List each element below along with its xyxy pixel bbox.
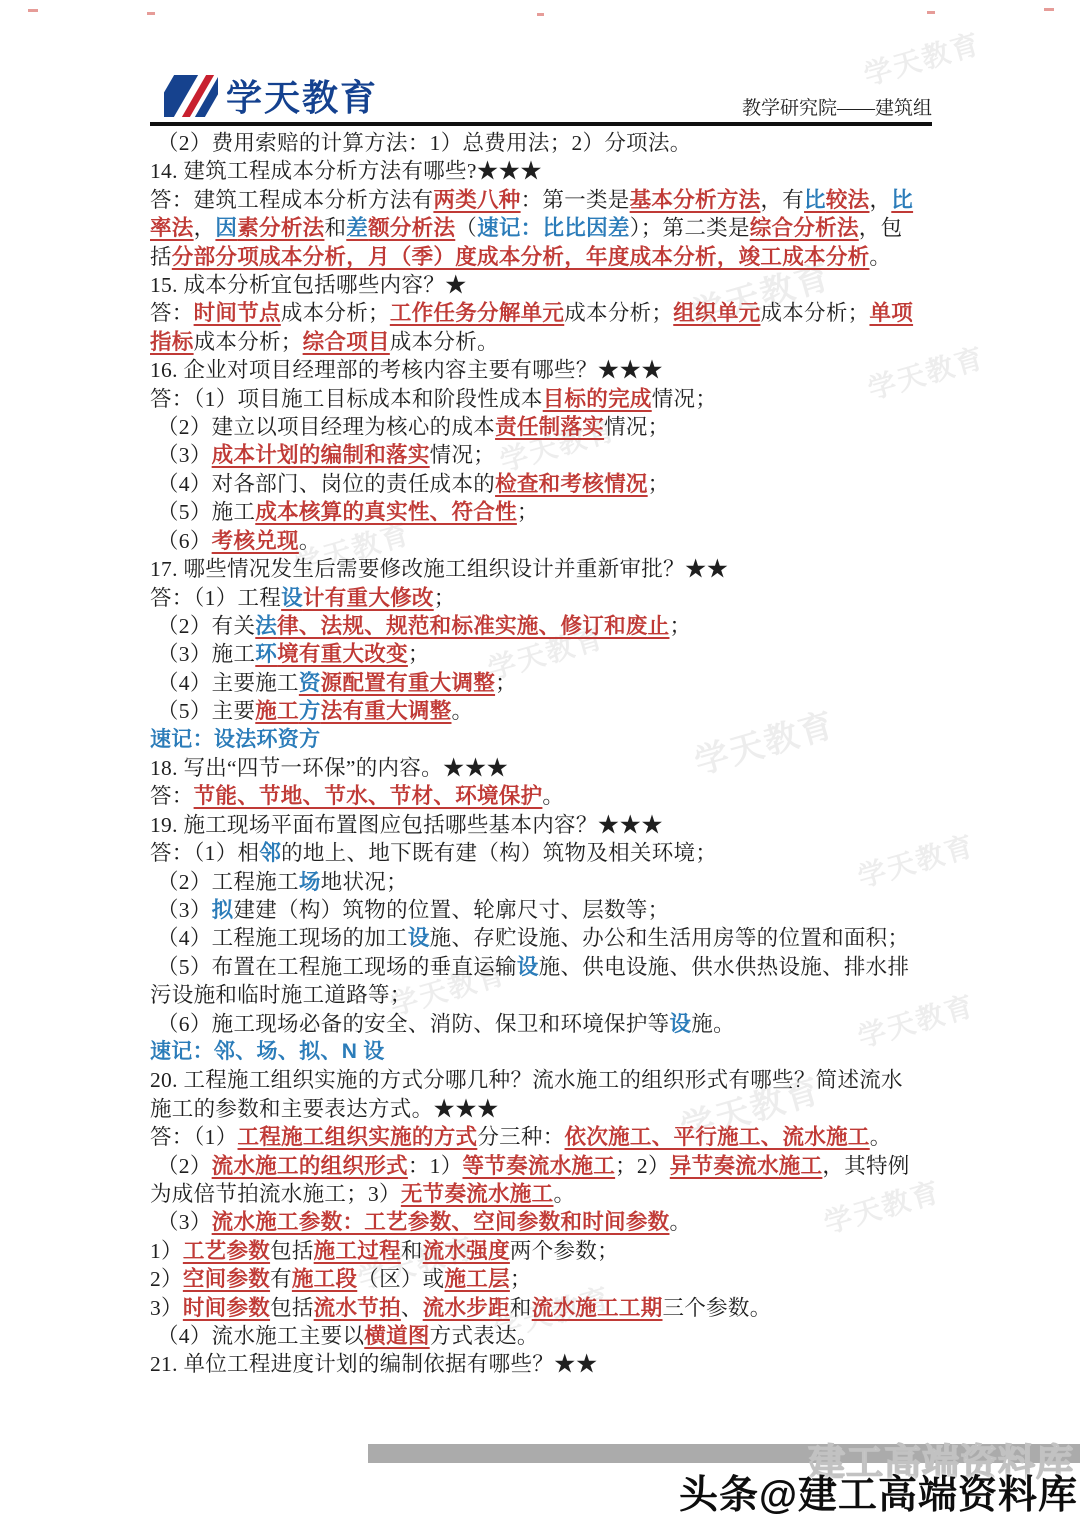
text-run: 18. 写出“四节一环保”的内容。★★★ [150, 756, 508, 780]
text-line: （4）对各部门、岗位的责任成本的检查和考核情况； [150, 470, 950, 498]
text-run: 。 [542, 784, 564, 808]
xuetian-logo-icon [164, 75, 218, 117]
text-line: （2）费用索赔的计算方法：1）总费用法；2）分项法。 [150, 129, 950, 157]
department-label: 教学研究院——建筑组 [742, 93, 932, 120]
text-line: （3）成本计划的编制和落实情况； [150, 441, 950, 469]
highlight-red: 责任制落实 [495, 415, 604, 439]
highlight-red: 检查和考核情况 [495, 472, 648, 496]
highlight-red: 考核兑现 [212, 529, 299, 553]
crop-mark [147, 12, 155, 15]
highlight-red: 较法 [826, 188, 870, 212]
text-line: （2）有关法律、法规、规范和标准实施、修订和废止； [150, 612, 950, 640]
text-line: （3）拟建建（构）筑物的位置、轮廓尺寸、层数等； [150, 896, 950, 924]
text-line: 污设施和临时施工道路等； [150, 981, 950, 1009]
text-run: ，有 [760, 188, 804, 212]
text-run: 答：建筑工程成本分析方法有 [150, 188, 433, 212]
text-run: 和 [510, 1296, 532, 1320]
text-run: （4）主要施工 [157, 671, 299, 695]
highlight-red: 工作任务分解单元 [390, 301, 564, 325]
text-run: 成本分析； [281, 301, 390, 325]
mnemonic-char: 资 [299, 671, 321, 695]
text-run: 14. 建筑工程成本分析方法有哪些?★★★ [150, 159, 542, 183]
text-line: 括分部分项成本分析，月（季）度成本分析，年度成本分析，竣工成本分析。 [150, 243, 950, 271]
text-run: 2） [150, 1267, 183, 1291]
text-run: ）；第二类是 [630, 216, 750, 240]
text-line: 率法，因素分析法和差额分析法（速记：比比因差）；第二类是综合分析法，包 [150, 214, 950, 242]
text-run: 成本分析； [760, 301, 869, 325]
text-run: （5）施工 [157, 500, 255, 524]
highlight-red: 指标 [150, 330, 194, 354]
text-run: 施工的参数和主要表达方式。★★★ [150, 1097, 499, 1121]
text-run: 包括 [270, 1239, 314, 1263]
text-run: 和 [401, 1239, 423, 1263]
text-run: ， [869, 188, 891, 212]
crop-mark [927, 11, 935, 14]
text-line: （4）流水施工主要以横道图方式表达。 [150, 1322, 950, 1350]
mnemonic-char: 方 [299, 699, 321, 723]
xuetian-logo: 学天教育 [164, 70, 378, 121]
text-run: ； [669, 614, 691, 638]
text-line: 1）工艺参数包括施工过程和流水强度两个参数； [150, 1237, 950, 1265]
text-run: 答： [150, 301, 194, 325]
highlight-red: 律、法规、规范和标准实施、修订和废止 [277, 614, 669, 638]
text-run: 的地上、地下既有建（构）筑物及相关环境； [281, 841, 717, 865]
text-run: （6） [157, 529, 212, 553]
text-run: （5）主要 [157, 699, 255, 723]
text-line: 18. 写出“四节一环保”的内容。★★★ [150, 754, 950, 782]
highlight-red: 综合分析法 [750, 216, 859, 240]
mnemonic-char: 拟 [212, 898, 234, 922]
highlight-red: 依次施工、平行施工、流水施工 [565, 1125, 870, 1149]
highlight-red: 流水步距 [423, 1296, 510, 1320]
text-run: 答：（1）工程 [150, 586, 281, 610]
highlight-red: 施工层 [444, 1267, 509, 1291]
text-run: 答：（1） [150, 1125, 238, 1149]
text-run: ：第一类是 [521, 188, 630, 212]
text-line: （3）施工环境有重大改变； [150, 640, 950, 668]
page-header: 学天教育 教学研究院——建筑组 [150, 60, 932, 126]
highlight-red: 目标的完成 [543, 387, 652, 411]
highlight-red: 分部分项成本分析，月（季）度成本分析，年度成本分析，竣工成本分析 [172, 245, 870, 269]
mnemonic-char: 设 [281, 586, 303, 610]
highlight-red: 成本计划的编制和落实 [212, 443, 430, 467]
text-run: 有 [270, 1267, 292, 1291]
highlight-red: 流水施工工期 [532, 1296, 663, 1320]
highlight-red: 境有重大改变 [277, 642, 408, 666]
text-run: 21. 单位工程进度计划的编制依据有哪些？★★ [150, 1352, 598, 1376]
text-run: 施、存贮设施、办公和生活用房等的位置和面积； [430, 926, 910, 950]
text-line: （6）考核兑现。 [150, 527, 950, 555]
text-line: 20. 工程施工组织实施的方式分哪几种？流水施工的组织形式有哪些？简述流水 [150, 1066, 950, 1094]
text-line: （6）施工现场必备的安全、消防、保卫和环境保护等设施。 [150, 1010, 950, 1038]
crop-mark [1044, 8, 1054, 11]
highlight-red: 计有重大修改 [303, 586, 434, 610]
logo-text: 学天教育 [226, 70, 378, 121]
text-run: 三个参数。 [663, 1296, 772, 1320]
text-run: ； [434, 586, 456, 610]
header-divider [150, 122, 932, 126]
footer-credit: 头条@建工高端资料库 [679, 1464, 1078, 1520]
text-run: 20. 工程施工组织实施的方式分哪几种？流水施工的组织形式有哪些？简述流水 [150, 1068, 903, 1092]
mnemonic-line: 速记：邻、场、拟、N 设 [150, 1038, 950, 1066]
text-line: 施工的参数和主要表达方式。★★★ [150, 1095, 950, 1123]
text-run: ；2） [615, 1154, 670, 1178]
highlight-red: 节能、节地、节水、节材、环境保护 [194, 784, 543, 808]
highlight-red: 单项 [869, 301, 913, 325]
highlight-red: 无节奏流水施工 [401, 1182, 554, 1206]
highlight-red: 时间节点 [194, 301, 281, 325]
text-line: 16. 企业对项目经理部的考核内容主要有哪些？★★★ [150, 356, 950, 384]
text-run: 施。 [691, 1012, 735, 1036]
text-run: （区）或 [357, 1267, 444, 1291]
highlight-red: 流水施工的组织形式 [212, 1154, 408, 1178]
content: （2）费用索赔的计算方法：1）总费用法；2）分项法。14. 建筑工程成本分析方法… [150, 129, 950, 1379]
text-line: （4）工程施工现场的加工设施、存贮设施、办公和生活用房等的位置和面积； [150, 924, 950, 952]
mnemonic-char: 比 [804, 188, 826, 212]
text-run: 答：（1）相 [150, 841, 259, 865]
text-run: 两个参数； [510, 1239, 619, 1263]
highlight-red: 工程施工组织实施的方式 [238, 1125, 478, 1149]
document-page: { "header": { "logo_text": "学天教育", "dept… [0, 0, 1080, 1527]
text-run: （3） [157, 443, 212, 467]
mnemonic-char: 设 [408, 926, 430, 950]
text-run: （6）施工现场必备的安全、消防、保卫和环境保护等 [157, 1012, 669, 1036]
text-run: 地状况； [321, 870, 408, 894]
text-run: ， [194, 216, 216, 240]
text-run: （4）对各部门、岗位的责任成本的 [157, 472, 495, 496]
text-line: 答：（1）工程设计有重大修改； [150, 584, 950, 612]
text-run: 15. 成本分析宜包括哪些内容？★ [150, 273, 467, 297]
text-run: 成本分析； [564, 301, 673, 325]
mnemonic-char: 法 [255, 614, 277, 638]
text-line: 答：时间节点成本分析；工作任务分解单元成本分析；组织单元成本分析；单项 [150, 299, 950, 327]
mnemonic-char: 设 [669, 1012, 691, 1036]
mnemonic-char: 速记：比比因差 [477, 216, 630, 240]
text-run: ； [510, 1267, 532, 1291]
text-line: （2）工程施工场地状况； [150, 868, 950, 896]
text-run: 括 [150, 245, 172, 269]
highlight-red: 流水施工参数：工艺参数、空间参数和时间参数 [212, 1210, 670, 1234]
text-run: 16. 企业对项目经理部的考核内容主要有哪些？★★★ [150, 358, 663, 382]
highlight-red: 成本核算的真实性、符合性 [255, 500, 517, 524]
text-run: 。 [553, 1182, 575, 1206]
text-line: 15. 成本分析宜包括哪些内容？★ [150, 271, 950, 299]
highlight-red: 流水节拍 [314, 1296, 401, 1320]
text-run: ； [495, 671, 517, 695]
text-run: 建建（构）筑物的位置、轮廓尺寸、层数等； [233, 898, 669, 922]
text-run: 情况； [430, 443, 495, 467]
highlight-red: 源配置有重大调整 [321, 671, 495, 695]
text-run: 、 [401, 1296, 423, 1320]
text-run: 。 [870, 1125, 892, 1149]
text-run: （3）施工 [157, 642, 255, 666]
text-run: （2）有关 [157, 614, 255, 638]
text-line: 为成倍节拍流水施工；3）无节奏流水施工。 [150, 1180, 950, 1208]
text-run: （4）流水施工主要以 [157, 1324, 364, 1348]
text-line: （5）布置在工程施工现场的垂直运输设施、供电设施、供水供热设施、排水排 [150, 953, 950, 981]
text-run: （2）费用索赔的计算方法：1）总费用法；2）分项法。 [157, 131, 692, 155]
highlight-red: 素分析法 [237, 216, 324, 240]
text-run: （2） [157, 1154, 212, 1178]
text-line: 3）时间参数包括流水节拍、流水步距和流水施工工期三个参数。 [150, 1294, 950, 1322]
text-run: 分三种： [477, 1125, 564, 1149]
text-run: 成本分析； [194, 330, 303, 354]
highlight-red: 基本分析方法 [630, 188, 761, 212]
text-run: 。 [452, 699, 474, 723]
text-line: （3）流水施工参数：工艺参数、空间参数和时间参数。 [150, 1208, 950, 1236]
text-run: 19. 施工现场平面布置图应包括哪些基本内容？★★★ [150, 813, 663, 837]
highlight-red: 异节奏流水施工 [670, 1154, 823, 1178]
text-run: 答： [150, 784, 194, 808]
mnemonic-line: 速记：设法环资方 [150, 726, 950, 754]
highlight-red: 时间参数 [183, 1296, 270, 1320]
text-line: 答：（1）相邻的地上、地下既有建（构）筑物及相关环境； [150, 839, 950, 867]
highlight-red: 额分析法 [368, 216, 455, 240]
mnemonic-char: 速记：邻、场、拟、N 设 [150, 1040, 385, 1063]
highlight-red: 两类八种 [433, 188, 520, 212]
text-run: 答：（1）项目施工目标成本和阶段性成本 [150, 387, 543, 411]
text-run: （3） [157, 1210, 212, 1234]
text-run: 为成倍节拍流水施工；3） [150, 1182, 401, 1206]
text-line: 2）空间参数有施工段（区）或施工层； [150, 1265, 950, 1293]
text-run: 成本分析。 [390, 330, 499, 354]
highlight-red: 组织单元 [673, 301, 760, 325]
mnemonic-char: 场 [299, 870, 321, 894]
highlight-red: 流水强度 [423, 1239, 510, 1263]
text-run: 污设施和临时施工道路等； [150, 983, 412, 1007]
crop-mark [537, 13, 544, 16]
highlight-red: 横道图 [364, 1324, 429, 1348]
text-run: 。 [669, 1210, 691, 1234]
mnemonic-char: 差 [346, 216, 368, 240]
text-run: 包括 [270, 1296, 314, 1320]
mnemonic-char: 设 [517, 955, 539, 979]
highlight-red: 施工 [255, 699, 299, 723]
highlight-red: 工艺参数 [183, 1239, 270, 1263]
text-run: ，其特例 [822, 1154, 909, 1178]
text-run: 情况； [604, 415, 669, 439]
highlight-red: 施工过程 [314, 1239, 401, 1263]
mnemonic-char: 环 [255, 642, 277, 666]
crop-mark [28, 9, 38, 12]
text-run: （2）工程施工 [157, 870, 299, 894]
text-run: 。 [869, 245, 891, 269]
text-line: （5）施工成本核算的真实性、符合性； [150, 498, 950, 526]
highlight-red: 空间参数 [183, 1267, 270, 1291]
text-run: 17. 哪些情况发生后需要修改施工组织设计并重新审批？★★ [150, 557, 728, 581]
text-run: ； [648, 472, 670, 496]
text-run: ； [517, 500, 539, 524]
text-line: 17. 哪些情况发生后需要修改施工组织设计并重新审批？★★ [150, 555, 950, 583]
text-run: 方式表达。 [430, 1324, 539, 1348]
text-run: （3） [157, 898, 212, 922]
text-line: 答：节能、节地、节水、节材、环境保护。 [150, 782, 950, 810]
mnemonic-char: 比 [891, 188, 913, 212]
text-run: 3） [150, 1296, 183, 1320]
text-run: 1） [150, 1239, 183, 1263]
highlight-red: 等节奏流水施工 [463, 1154, 616, 1178]
text-line: 答：（1）项目施工目标成本和阶段性成本目标的完成情况； [150, 385, 950, 413]
mnemonic-char: 因 [215, 216, 237, 240]
highlight-red: 率法 [150, 216, 194, 240]
text-run: ：1） [408, 1154, 463, 1178]
text-run: （ [455, 216, 477, 240]
text-run: 和 [324, 216, 346, 240]
text-line: 指标成本分析；综合项目成本分析。 [150, 328, 950, 356]
highlight-red: 施工段 [292, 1267, 357, 1291]
text-run: （4）工程施工现场的加工 [157, 926, 408, 950]
text-line: 14. 建筑工程成本分析方法有哪些?★★★ [150, 157, 950, 185]
text-line: 19. 施工现场平面布置图应包括哪些基本内容？★★★ [150, 811, 950, 839]
highlight-red: 综合项目 [303, 330, 390, 354]
text-run: （5）布置在工程施工现场的垂直运输 [157, 955, 517, 979]
text-line: （2）建立以项目经理为核心的成本责任制落实情况； [150, 413, 950, 441]
text-line: （2）流水施工的组织形式：1）等节奏流水施工；2）异节奏流水施工，其特例 [150, 1152, 950, 1180]
text-run: 情况； [652, 387, 717, 411]
mnemonic-char: 速记：设法环资方 [150, 728, 320, 751]
text-run: （2）建立以项目经理为核心的成本 [157, 415, 495, 439]
text-line: 答：建筑工程成本分析方法有两类八种：第一类是基本分析方法，有比较法，比 [150, 186, 950, 214]
mnemonic-char: 邻 [259, 841, 281, 865]
text-line: （4）主要施工资源配置有重大调整； [150, 669, 950, 697]
text-run: 施、供电设施、供水供热设施、排水排 [539, 955, 910, 979]
text-line: 21. 单位工程进度计划的编制依据有哪些？★★ [150, 1350, 950, 1378]
highlight-red: 法有重大调整 [321, 699, 452, 723]
text-line: 答：（1）工程施工组织实施的方式分三种：依次施工、平行施工、流水施工。 [150, 1123, 950, 1151]
text-run: ，包 [859, 216, 903, 240]
text-line: （5）主要施工方法有重大调整。 [150, 697, 950, 725]
text-run: ； [408, 642, 430, 666]
text-run: 。 [299, 529, 321, 553]
